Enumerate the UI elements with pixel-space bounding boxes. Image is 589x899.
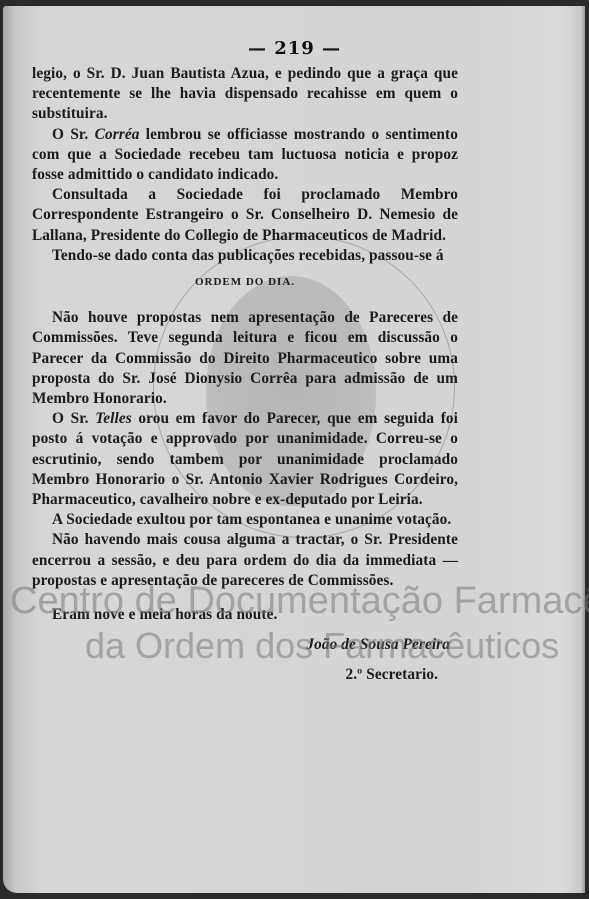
paragraph-2: O Sr. Corréa lembrou se officiasse mostr… xyxy=(32,125,458,186)
section-heading: ORDEM DO DIA. xyxy=(32,272,458,292)
paragraph-3: Consultada a Sociedade foi proclamado Me… xyxy=(32,185,458,246)
paragraph-6-text: O Sr. xyxy=(52,410,95,427)
paragraph-4: Tendo-se dado conta das publicações rece… xyxy=(32,246,458,266)
watermark-line-1: Centro de Documentação Farmacêutica xyxy=(10,580,589,623)
paragraph-5: Não houve propostas nem apresentação de … xyxy=(32,308,458,409)
paragraph-6: O Sr. Telles orou em favor do Parecer, q… xyxy=(32,409,458,510)
paragraph-1: legio, o Sr. D. Juan Bautista Azua, e pe… xyxy=(32,64,458,125)
speaker-name: Telles xyxy=(95,410,132,427)
paragraph-2-text: O Sr. xyxy=(52,126,95,143)
paragraph-7: A Sociedade exultou por tam espontanea e… xyxy=(32,510,458,530)
signature-title: 2.º Secretario. xyxy=(32,665,458,685)
speaker-name: Corréa xyxy=(95,126,140,143)
watermark-line-2: da Ordem dos Farmacêuticos xyxy=(85,625,559,667)
